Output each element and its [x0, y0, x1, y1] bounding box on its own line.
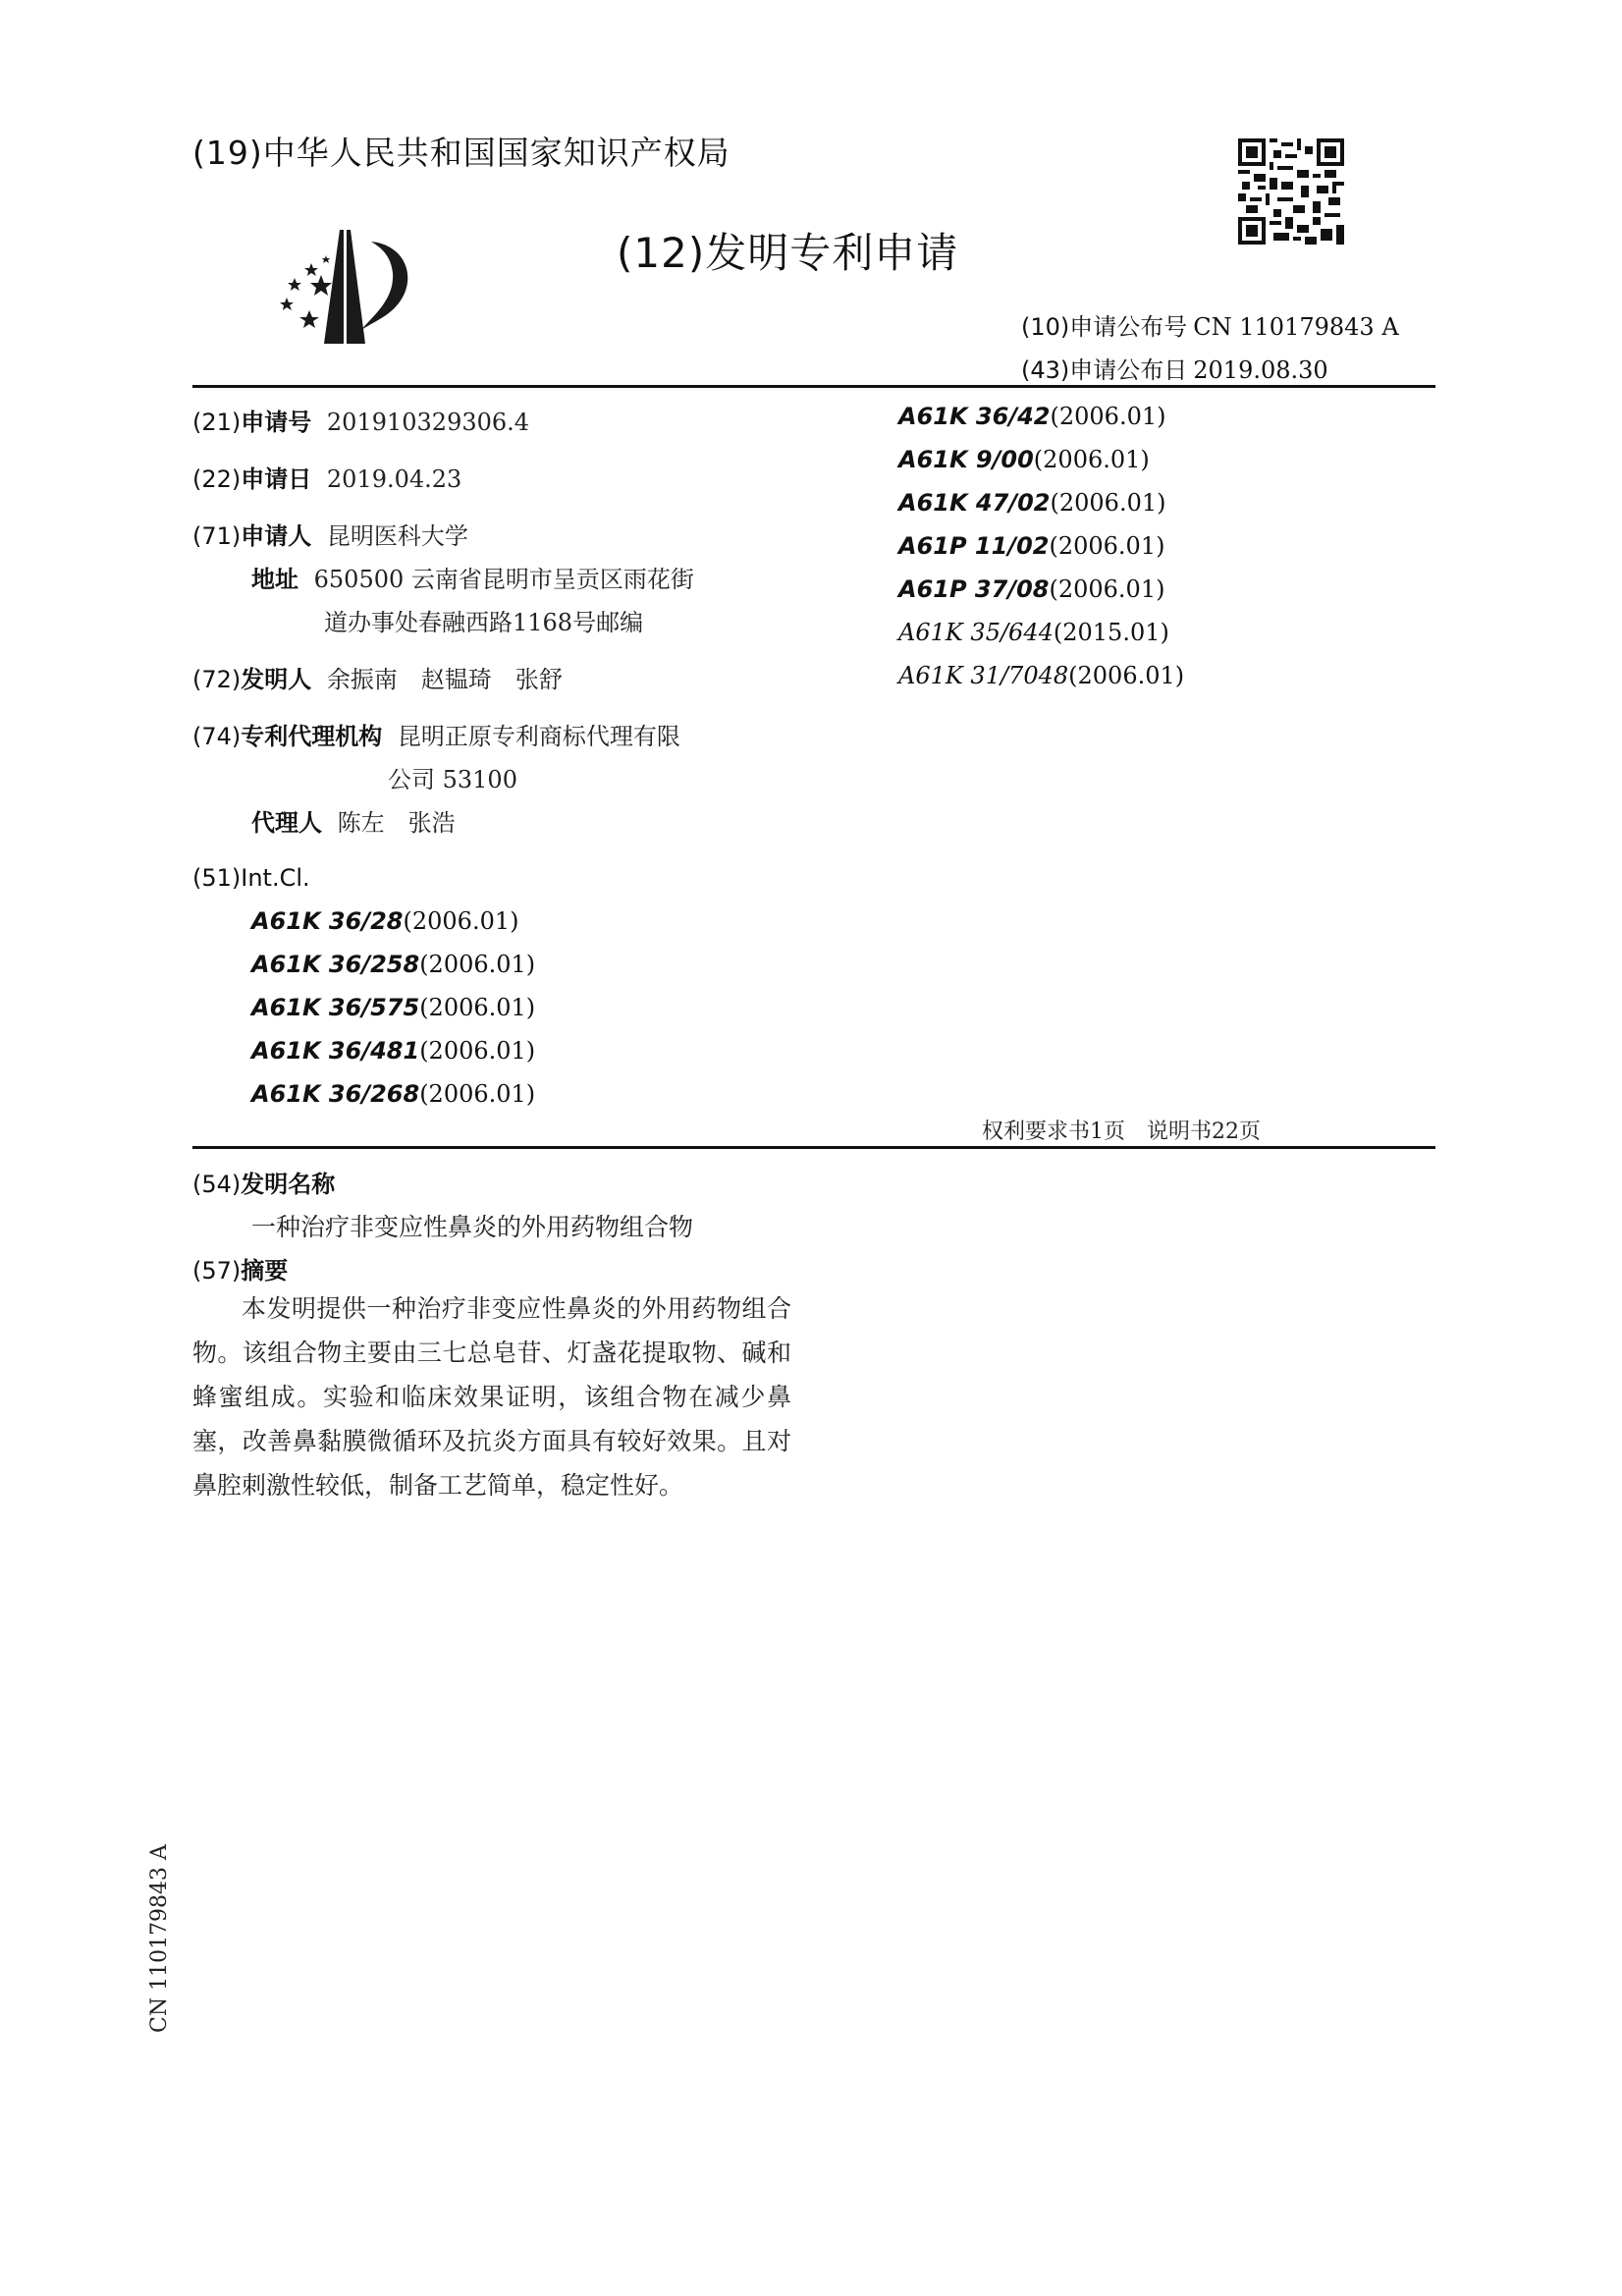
int-cl-heading: (51)Int.Cl. [192, 864, 310, 892]
agent: 代理人 陈左 张浩 [251, 803, 456, 838]
field-label: 申请日 [241, 465, 311, 493]
ipc-version: (2006.01) [419, 1037, 535, 1065]
field-code: (57) [192, 1257, 241, 1285]
ipc-item: A61K 36/268(2006.01) [251, 1080, 535, 1108]
applicant: (71)申请人 昆明医科大学 [192, 517, 468, 551]
publication-date-label: (43)申请公布日 [1021, 356, 1187, 384]
ipc-code: A61K 31/7048 [898, 662, 1068, 689]
ipc-code: A61K 35/644 [898, 619, 1054, 646]
ipc-version: (2006.01) [1051, 403, 1166, 430]
invention-title-heading: (54)发明名称 [192, 1165, 335, 1199]
field-code: (71) [192, 522, 241, 550]
document-type: (12)发明专利申请 [617, 221, 958, 280]
field-label: 申请人 [241, 522, 311, 550]
ipc-code: A61K 36/28 [251, 907, 404, 935]
address-line-1: 650500 云南省昆明市呈贡区雨花街 [314, 566, 694, 593]
field-code: (72) [192, 666, 241, 693]
ipc-version: (2006.01) [1068, 662, 1184, 689]
publication-date: (43)申请公布日2019.08.30 [1021, 351, 1328, 385]
abstract-heading: (57)摘要 [192, 1251, 288, 1285]
field-code: (74) [192, 723, 241, 750]
publication-number: (10)申请公布号CN 110179843 A [1021, 307, 1399, 342]
ipc-code: A61P 37/08 [898, 575, 1049, 603]
address: 地址 650500 云南省昆明市呈贡区雨花街 [251, 560, 694, 594]
ipc-version: (2006.01) [1049, 575, 1164, 603]
ipc-item: A61K 36/28(2006.01) [251, 907, 518, 935]
ipc-item: A61K 47/02(2006.01) [898, 489, 1165, 517]
field-code: (54) [192, 1171, 241, 1198]
qr-code-icon [1238, 138, 1344, 245]
side-publication-number: CN 110179843 A [147, 1844, 172, 2033]
patent-agency: (74)专利代理机构 昆明正原专利商标代理有限 [192, 717, 680, 751]
ipc-version: (2006.01) [419, 994, 535, 1021]
application-date: (22)申请日 2019.04.23 [192, 460, 461, 494]
field-label: 专利代理机构 [241, 723, 382, 750]
field-value: 陈左 张浩 [338, 809, 456, 837]
publication-number-value: CN 110179843 A [1193, 313, 1398, 341]
inventors: (72)发明人 余振南 赵韫琦 张舒 [192, 660, 563, 694]
publication-date-value: 2019.08.30 [1193, 356, 1327, 384]
invention-title: 一种治疗非变应性鼻炎的外用药物组合物 [251, 1208, 693, 1243]
ipc-item: A61K 36/481(2006.01) [251, 1037, 535, 1065]
page-count: 权利要求书1页 说明书22页 [982, 1115, 1261, 1145]
field-value: 余振南 赵韫琦 张舒 [327, 666, 563, 693]
address-line-2: 道办事处春融西路1168号邮编 [324, 603, 643, 637]
ipc-item: A61K 36/258(2006.01) [251, 951, 535, 978]
top-divider [192, 385, 1435, 388]
ipc-item: A61K 36/42(2006.01) [898, 403, 1165, 430]
ipc-code: A61K 36/481 [251, 1037, 419, 1065]
field-label: 发明名称 [241, 1171, 335, 1198]
publication-number-label: (10)申请公布号 [1021, 313, 1187, 341]
ipc-code: A61K 36/575 [251, 994, 419, 1021]
abstract-body: 本发明提供一种治疗非变应性鼻炎的外用药物组合物。该组合物主要由三七总皂苷、灯盏花… [192, 1286, 791, 1507]
field-label: 发明人 [241, 666, 311, 693]
field-label: 申请号 [241, 409, 311, 436]
ipc-code: A61P 11/02 [898, 532, 1049, 560]
field-code: (21) [192, 409, 241, 436]
ipc-version: (2006.01) [419, 951, 535, 978]
ipc-code: A61K 36/42 [898, 403, 1051, 430]
agency-line-1: 昆明正原专利商标代理有限 [398, 723, 680, 750]
office-name: (19)中华人民共和国国家知识产权局 [192, 128, 730, 174]
application-number: (21)申请号 201910329306.4 [192, 403, 529, 437]
ipc-version: (2006.01) [404, 907, 519, 935]
agency-line-2: 公司 53100 [388, 760, 517, 794]
ipc-version: (2006.01) [1051, 489, 1166, 517]
ipc-item: A61P 37/08(2006.01) [898, 575, 1164, 603]
abstract-text: 本发明提供一种治疗非变应性鼻炎的外用药物组合物。该组合物主要由三七总皂苷、灯盏花… [192, 1286, 791, 1507]
ipc-item: A61K 35/644(2015.01) [898, 619, 1169, 646]
field-label: 摘要 [241, 1257, 288, 1285]
ipc-item: A61K 31/7048(2006.01) [898, 662, 1184, 689]
ipc-item: A61K 9/00(2006.01) [898, 446, 1150, 473]
field-code: (22) [192, 465, 241, 493]
ipc-item: A61K 36/575(2006.01) [251, 994, 535, 1021]
ipc-version: (2006.01) [1034, 446, 1150, 473]
ipc-code: A61K 47/02 [898, 489, 1051, 517]
field-label: 代理人 [251, 809, 322, 837]
field-value: 昆明医科大学 [327, 522, 468, 550]
ipc-version: (2006.01) [419, 1080, 535, 1108]
field-label: Int.Cl. [241, 864, 309, 892]
field-code: (51) [192, 864, 241, 892]
ipc-item: A61P 11/02(2006.01) [898, 532, 1164, 560]
bottom-divider [192, 1146, 1435, 1149]
field-label: 地址 [251, 566, 298, 593]
ipc-code: A61K 36/268 [251, 1080, 419, 1108]
ipc-version: (2006.01) [1049, 532, 1164, 560]
field-value: 201910329306.4 [327, 409, 529, 436]
ipc-version: (2015.01) [1054, 619, 1169, 646]
field-value: 2019.04.23 [327, 465, 461, 493]
cnipa-logo-icon [265, 224, 422, 347]
ipc-code: A61K 36/258 [251, 951, 419, 978]
ipc-code: A61K 9/00 [898, 446, 1034, 473]
